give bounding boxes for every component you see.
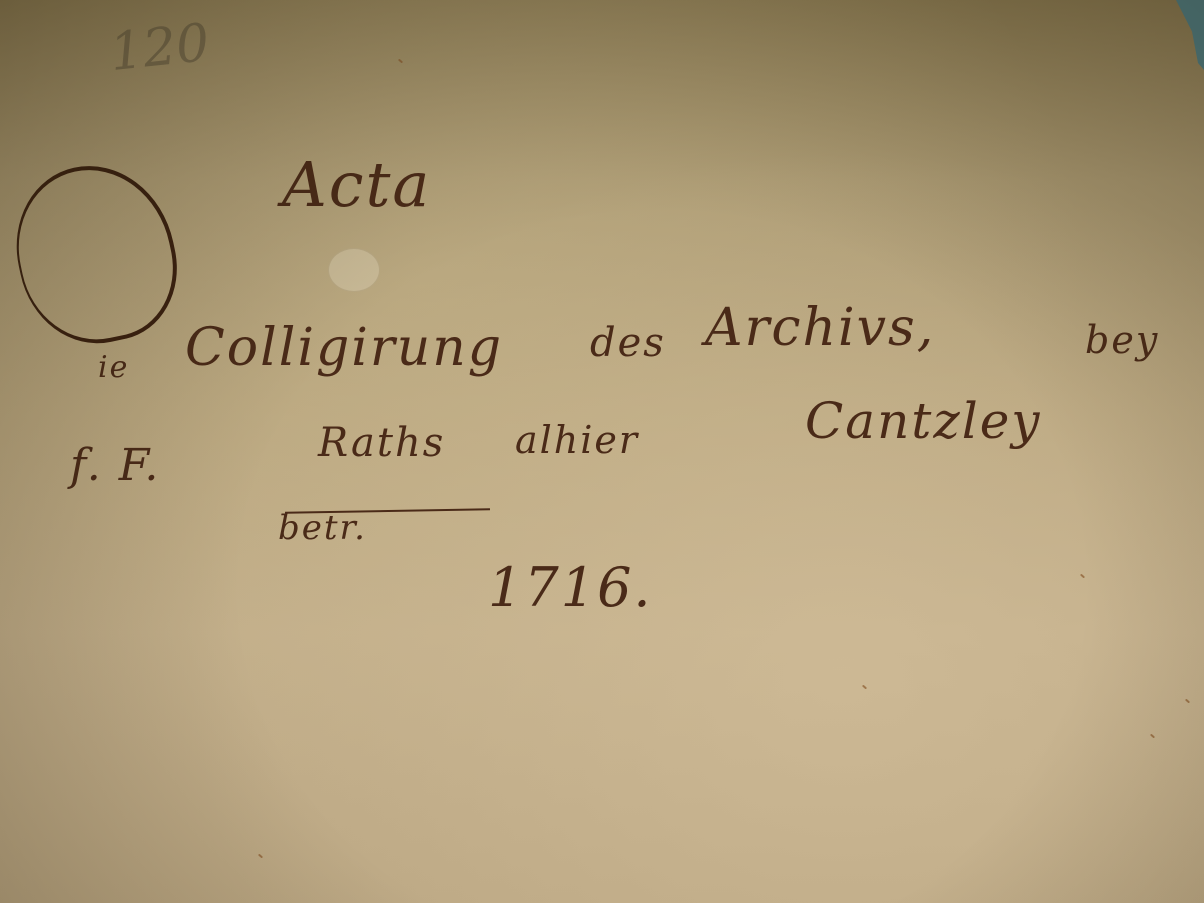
document-photo: 120 Acta ie Colligirung des Archivs, bey…: [0, 0, 1204, 903]
paper-speck: [1150, 734, 1155, 739]
document-title: Acta: [282, 148, 431, 221]
line1-word-colligirung: Colligirung: [185, 318, 503, 378]
line1-word-ie: ie: [98, 350, 129, 385]
pencil-file-number: 120: [107, 13, 212, 83]
line1-word-bey: bey: [1085, 318, 1159, 362]
background-surface: [1164, 0, 1204, 70]
line2-word-raths: Raths: [318, 420, 445, 466]
document-year: 1716.: [488, 556, 653, 619]
paper-speck: [258, 854, 263, 859]
paper-speck: [1080, 574, 1085, 579]
paper-speck: [862, 685, 867, 690]
decorative-initial-d: [1, 151, 191, 358]
line1-word-des: des: [590, 320, 666, 366]
paper-speck: [1185, 699, 1190, 704]
line2-word-alhier: alhier: [515, 418, 639, 462]
paper-speck: [398, 59, 403, 64]
water-stain: [328, 248, 380, 292]
line2-word-ff: f. F.: [70, 440, 160, 491]
line3-word-betr: betr.: [278, 508, 367, 548]
line2-word-cantzley: Cantzley: [805, 392, 1042, 450]
line1-word-archivs: Archivs,: [705, 298, 935, 358]
